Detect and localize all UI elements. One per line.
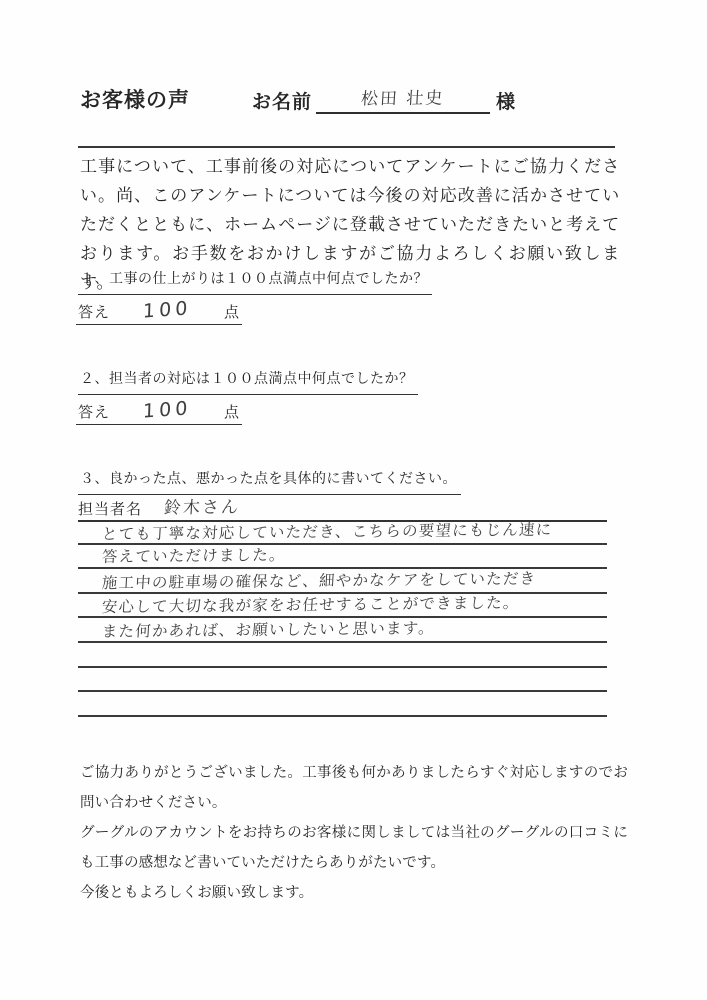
answer-label: 答え bbox=[78, 301, 110, 322]
question-1-label: １、工事の仕上がりは１００点満点中何点でしたか？ bbox=[78, 268, 432, 295]
page-title: お客様の声 bbox=[80, 84, 190, 114]
honorific-label: 様 bbox=[496, 87, 515, 114]
name-underline: 松田 壮史 bbox=[316, 84, 490, 114]
footer-google-review-paragraph: グーグルのアカウントをお持ちのお客様に関しましては当社のグーグルの口コミにも工事… bbox=[80, 818, 628, 878]
staff-name-handwritten: 鈴木さん bbox=[163, 493, 241, 521]
comment-line-empty bbox=[78, 668, 607, 693]
comment-text-handwritten: 答えていただけました。 bbox=[101, 543, 286, 568]
customer-name-handwritten: 松田 壮史 bbox=[360, 84, 445, 112]
comment-text-handwritten: とても丁寧な対応していただき、こちらの要望にもじん速に bbox=[101, 517, 553, 545]
name-label: お名前 bbox=[252, 87, 312, 114]
comment-line: 施工中の駐車場の確保など、細やかなケアをしていただき bbox=[78, 569, 607, 594]
points-unit-label: 点 bbox=[224, 401, 240, 422]
comment-text-handwritten: 安心して大切な我が家をお任せすることができました。 bbox=[101, 591, 520, 618]
comment-lines-section: とても丁寧な対応していただき、こちらの要望にもじん速に 答えていただけました。 … bbox=[78, 520, 607, 717]
name-field-group: お名前 松田 壮史 様 bbox=[252, 84, 515, 114]
comment-text-handwritten: 施工中の駐車場の確保など、細やかなケアをしていただき bbox=[101, 567, 537, 595]
staff-name-label: 担当者名 bbox=[78, 498, 142, 520]
comment-line: 安心して大切な我が家をお任せすることができました。 bbox=[78, 594, 607, 619]
header-divider bbox=[78, 146, 615, 148]
question-3-label: ３、良かった点、悪かった点を具体的に書いてください。 bbox=[78, 468, 461, 495]
comment-line-empty bbox=[78, 692, 607, 717]
customer-survey-scan: お客様の声 お名前 松田 壮史 様 工事について、工事前後の対応についてアンケー… bbox=[0, 0, 707, 1000]
comment-line: また何かあれば、お願いしたいと思います。 bbox=[78, 618, 607, 643]
question-2-answer-row: 答え 100 点 bbox=[76, 396, 242, 425]
comment-line-empty bbox=[78, 643, 607, 668]
footer-closing-paragraph: 今後ともよろしくお願い致します。 bbox=[80, 878, 628, 908]
answer-label: 答え bbox=[78, 401, 110, 422]
question-2-score-handwritten: 100 bbox=[142, 397, 191, 422]
points-unit-label: 点 bbox=[224, 301, 240, 322]
question-1-score-handwritten: 100 bbox=[142, 297, 191, 322]
header: お客様の声 お名前 松田 壮史 様 bbox=[80, 84, 627, 114]
footer-thanks-paragraph: ご協力ありがとうございました。工事後も何かありましたらすぐ対応しますのでお問い合… bbox=[80, 758, 628, 818]
comment-line: 答えていただけました。 bbox=[78, 545, 607, 570]
comment-line: とても丁寧な対応していただき、こちらの要望にもじん速に bbox=[78, 520, 607, 545]
question-1-answer-row: 答え 100 点 bbox=[76, 296, 242, 325]
comment-text-handwritten: また何かあれば、お願いしたいと思います。 bbox=[101, 616, 435, 642]
question-2-label: ２、担当者の対応は１００点満点中何点でしたか？ bbox=[78, 368, 418, 395]
